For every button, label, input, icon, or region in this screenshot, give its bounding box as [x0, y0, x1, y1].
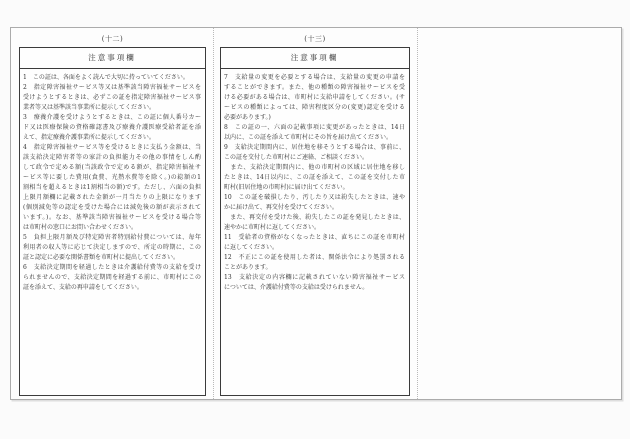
note-line: することができます。また、他の種類の障害福祉サービスを受: [224, 83, 405, 93]
note-line: また、再交付を受けた後、紛失したこの証を発見したときは、: [224, 213, 405, 223]
note-line: 11 受給者の資格がなくなったときは、直ちにこの証を市町村: [224, 233, 405, 243]
note-line: られませんので、支給決定期間を経過する前に、市町村にこの: [23, 273, 201, 283]
note-line: たときは、14日以内に、この証を添えて、この証を交付した市: [224, 173, 405, 183]
note-line: 5 負担上限月額及び特定障害者特別給付費については、毎年: [23, 233, 201, 243]
certificate-outer-frame: (十二) 注意事項欄 1 この証は、各面をよく読んで大切に持っていてください。2…: [10, 27, 622, 400]
note-line: 業者等又は基準該当事業所に提示してください。: [23, 103, 201, 113]
notes-header: 注意事項欄: [221, 48, 409, 69]
fold-line-left: [213, 28, 214, 399]
note-line: 13 支給決定の内容欄に記載されていない障害福祉サービス: [224, 273, 405, 283]
note-line: は市町村の窓口にお問い合わせください。: [23, 223, 201, 233]
page-twelve-panel: (十二) 注意事項欄 1 この証は、各面をよく読んで大切に持っていてください。2…: [20, 28, 205, 399]
note-line: 以内に、この証を添えて市町村にその旨を届け出てください。: [224, 133, 405, 143]
notes-box: 注意事項欄 1 この証は、各面をよく読んで大切に持っていてください。2 指定障害…: [19, 47, 206, 396]
note-line: 2 指定障害福祉サービス等又は基準該当障害福祉サービスを: [23, 83, 201, 93]
note-line: については、介護給付費等の支給は受けられません。: [224, 283, 405, 293]
notes-list: 1 この証は、各面をよく読んで大切に持っていてください。2 指定障害福祉サービス…: [20, 69, 205, 293]
note-line: 3 療養介護を受けようとするときは、この証に個人番号カー: [23, 113, 201, 123]
note-line: して政令で定める額(当該政令で定める額が、指定障害福祉サ: [23, 163, 201, 173]
note-line: 受けようとするときは、必ずこの証を指定障害福祉サービス事: [23, 93, 201, 103]
note-line: ービスの種類によっては、障害程度区分の(変更)認定を受ける: [224, 103, 405, 113]
page-number-label: (十三): [221, 34, 409, 44]
note-line: 7 支給量の変更を必要とする場合は、支給量の変更の申請を: [224, 73, 405, 83]
note-line: 8 この証の一、六面の記載事項に変更があったときは、14日: [224, 123, 405, 133]
note-line: また、支給決定期間内に、他の市町村の区域に居住地を移し: [224, 163, 405, 173]
note-line: 証と認定に必要な関係書類を市町村に提出してください。: [23, 253, 201, 263]
note-line: えて、指定療養介護事業所に提示してください。: [23, 133, 201, 143]
note-line: 証を添えて、支給の再申請をしてください。: [23, 283, 201, 293]
note-line: ービス等に要した費用(食費、光熱水費等を除く。)の総額の1: [23, 173, 201, 183]
note-line: この証を交付した市町村にご連絡、ご相談ください。: [224, 153, 405, 163]
note-line: 速やかに市町村に返してください。: [224, 223, 405, 233]
note-line: 該支給決定障害者等の家計の負担能力その他の事情をしん酌: [23, 153, 201, 163]
note-line: 必要があります。): [224, 113, 405, 123]
page-number-label: (十二): [20, 34, 205, 44]
notes-list: 7 支給量の変更を必要とする場合は、支給量の変更の申請をすることができます。また…: [221, 69, 409, 293]
note-line: ける必要がある場合は、市町村に支給申請をしてください。(サ: [224, 93, 405, 103]
note-line: 6 支給決定期間を経過したときは介護給付費等の支給を受け: [23, 263, 201, 273]
note-line: 1 この証は、各面をよく読んで大切に持っていてください。: [23, 73, 201, 83]
note-line: ド又は医療保険の資格確認書及び療養介護医療受給者証を添: [23, 123, 201, 133]
note-line: 上限月額欄に記載された金額が一月当たりの上限になります: [23, 193, 201, 203]
note-line: 割相当を超えるときは1割相当の額)です。ただし、六面の負担: [23, 183, 201, 193]
note-line: かに届け出て、再交付を受けてください。: [224, 203, 405, 213]
notes-header: 注意事項欄: [20, 48, 205, 69]
note-line: に返してください。: [224, 243, 405, 253]
note-line: 9 支給決定期間内に、居住地を移そうとする場合は、事前に、: [224, 143, 405, 153]
notes-box: 注意事項欄 7 支給量の変更を必要とする場合は、支給量の変更の申請をすることがで…: [220, 47, 410, 396]
note-line: 12 不正にこの証を使用した者は、関係法令により処罰される: [224, 253, 405, 263]
page-thirteen-panel: (十三) 注意事項欄 7 支給量の変更を必要とする場合は、支給量の変更の申請をす…: [221, 28, 409, 399]
note-line: ことがあります。: [224, 263, 405, 273]
note-line: 利用者の収入等に応じて決定しますので、所定の時期に、この: [23, 243, 201, 253]
note-line: (個別減免等の認定を受けた場合には減免後の額が表示されて: [23, 203, 201, 213]
note-line: います。)。なお、基準該当障害福祉サービスを受ける場合等: [23, 213, 201, 223]
note-line: 町村(旧居住地の市町村)に届け出てください。: [224, 183, 405, 193]
note-line: 10 この証を破損したり、汚したり又は紛失したときは、速や: [224, 193, 405, 203]
scanned-certificate-sheet: (十二) 注意事項欄 1 この証は、各面をよく読んで大切に持っていてください。2…: [0, 0, 630, 439]
note-line: 4 指定障害福祉サービス等を受けるときに支払う金額は、当: [23, 143, 201, 153]
fold-line-right: [417, 28, 418, 399]
